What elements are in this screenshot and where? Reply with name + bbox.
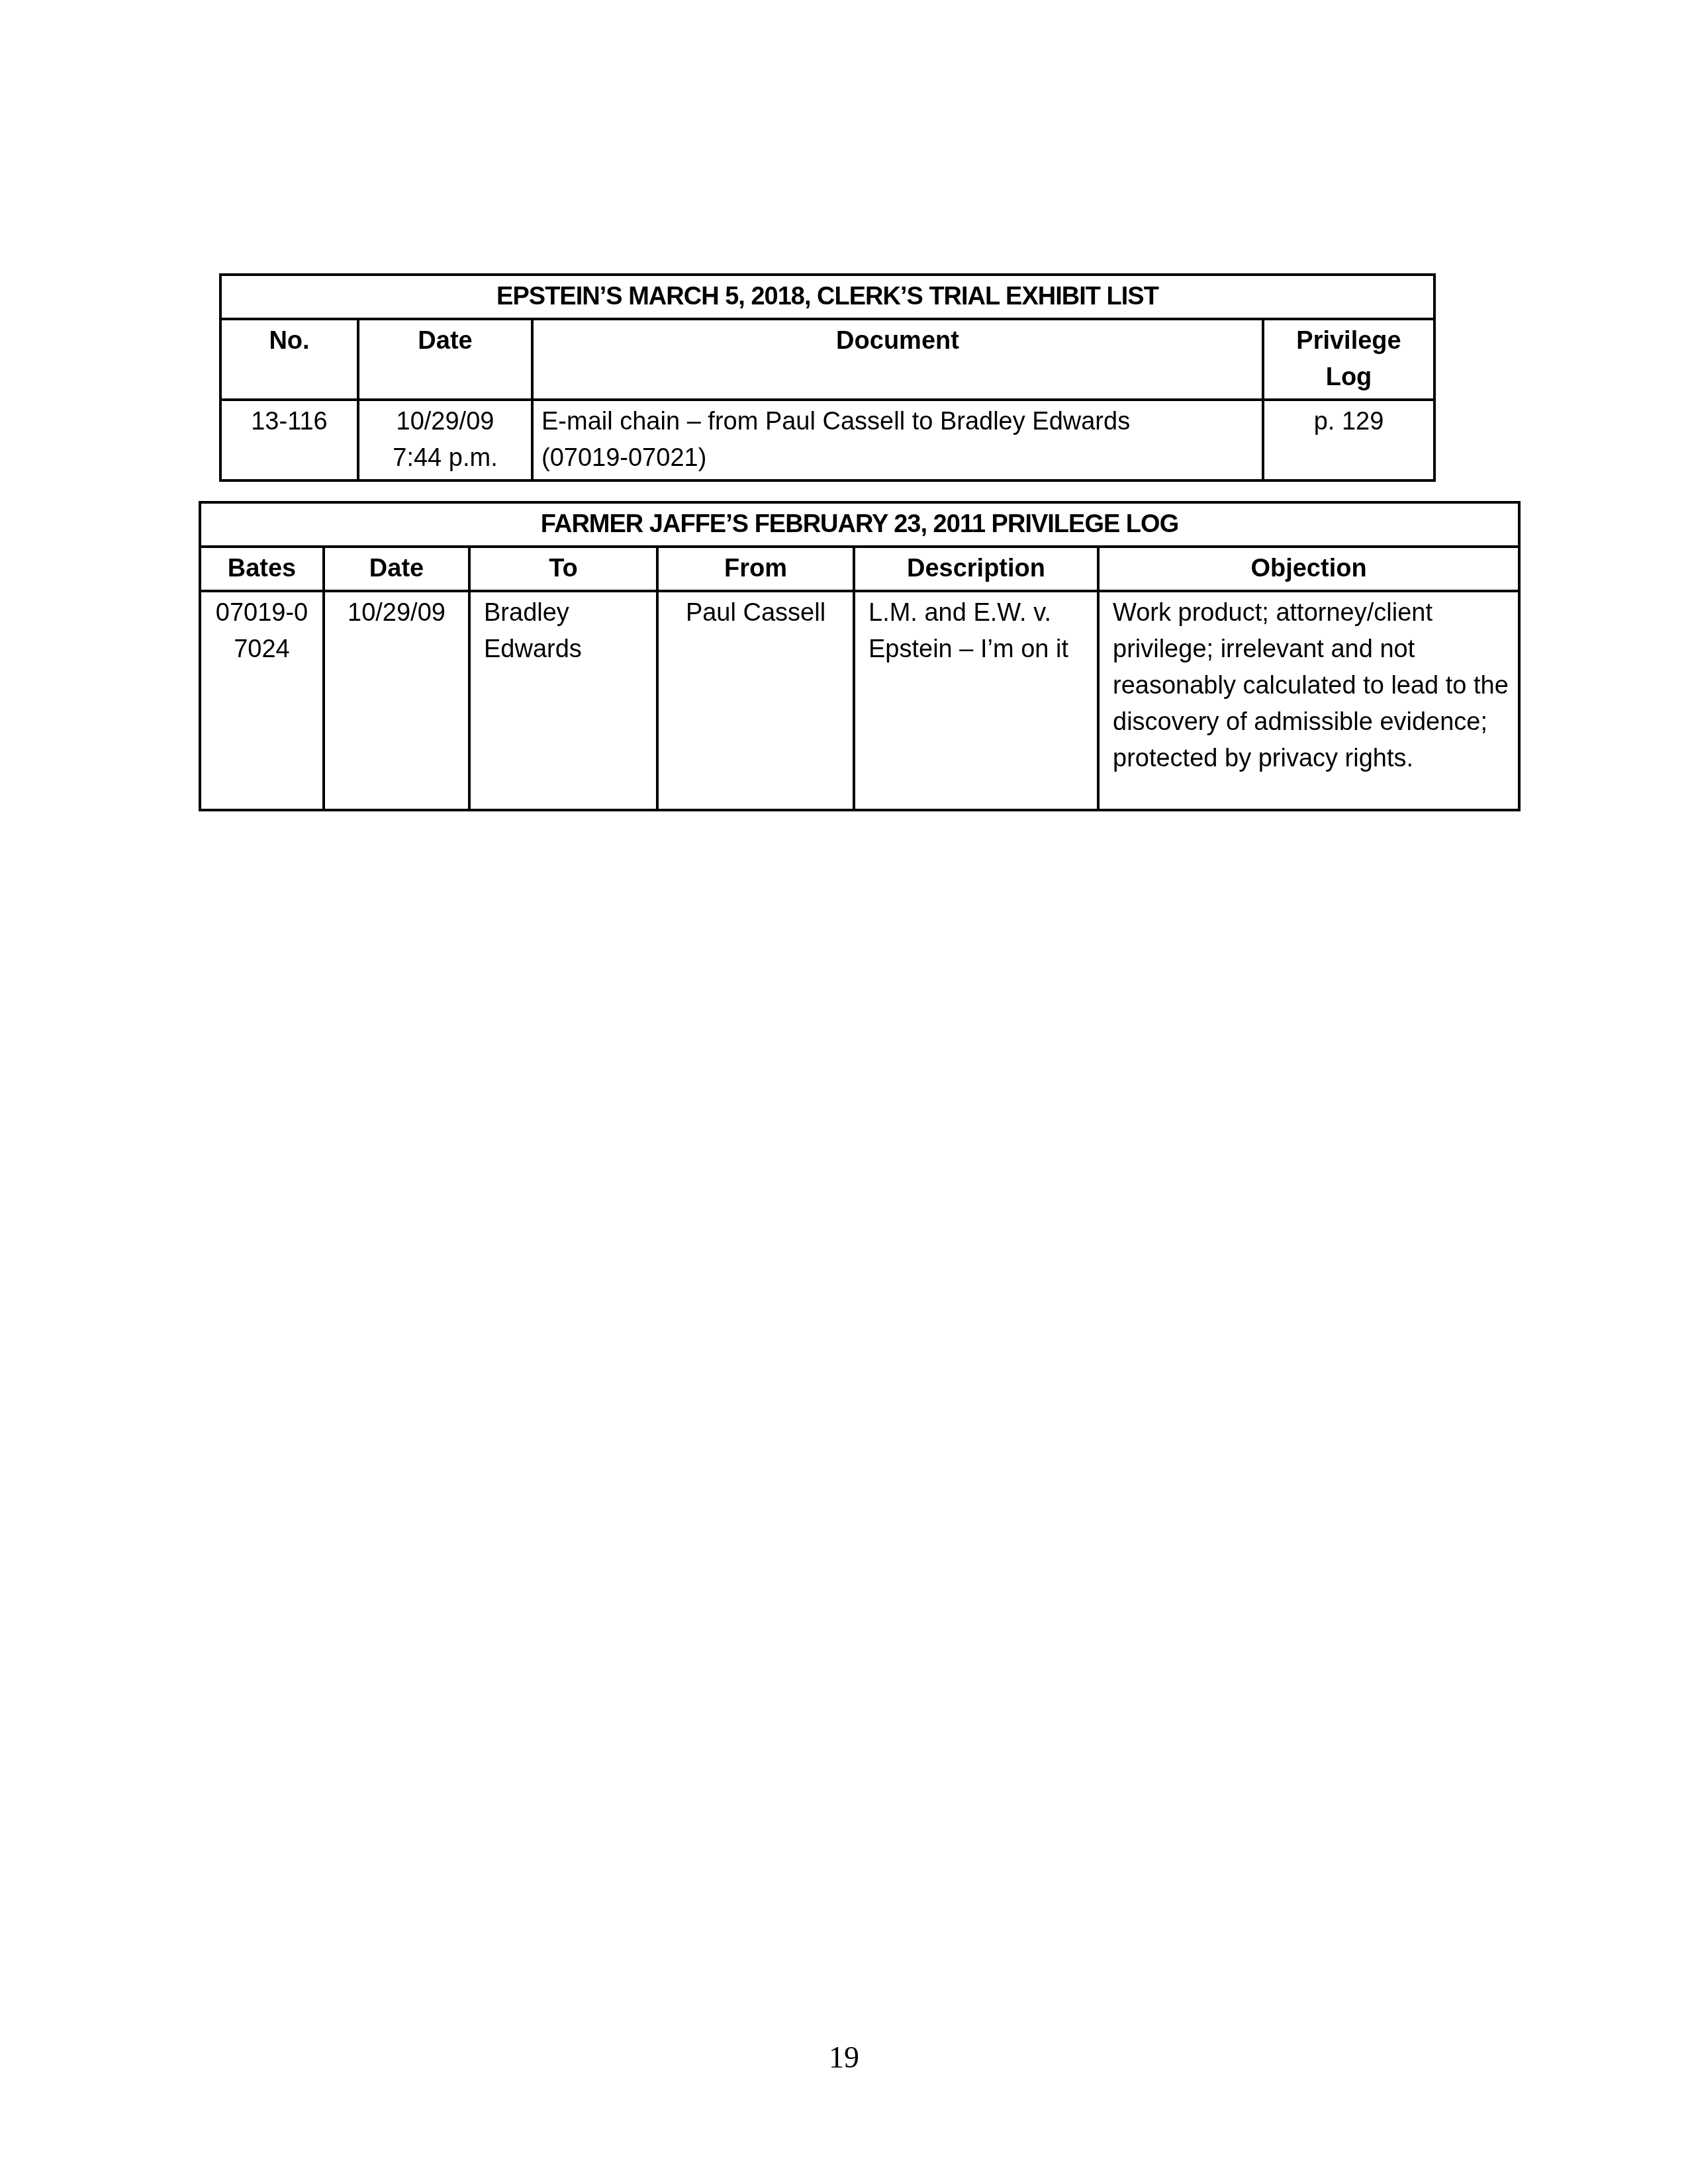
cell-no: 13-116 xyxy=(220,400,358,480)
document-description: E-mail chain – from Paul Cassell to Brad… xyxy=(541,404,1254,440)
privilege-log-title: FARMER JAFFE’S FEBRUARY 23, 2011 PRIVILE… xyxy=(200,502,1519,547)
col-header-description: Description xyxy=(854,547,1098,591)
cell-objection: Work product; attorney/client privilege;… xyxy=(1098,591,1519,810)
date-value: 10/29/09 xyxy=(367,404,523,440)
page-number: 19 xyxy=(0,2040,1688,2075)
col-header-no: No. xyxy=(220,319,358,400)
col-header-objection: Objection xyxy=(1098,547,1519,591)
cell-bates: 07019-07024 xyxy=(200,591,324,810)
cell-document: E-mail chain – from Paul Cassell to Brad… xyxy=(532,400,1263,480)
cell-description: L.M. and E.W. v. Epstein – I’m on it xyxy=(854,591,1098,810)
col-header-from: From xyxy=(657,547,854,591)
col-header-date: Date xyxy=(358,319,532,400)
col-header-bates: Bates xyxy=(200,547,324,591)
col-header-date: Date xyxy=(324,547,469,591)
table-row: 07019-07024 10/29/09 Bradley Edwards Pau… xyxy=(200,591,1519,810)
table-row: 13-116 10/29/09 7:44 p.m. E-mail chain –… xyxy=(220,400,1434,480)
document-bates-range: (07019-07021) xyxy=(541,440,1254,477)
col-header-document: Document xyxy=(532,319,1263,400)
col-header-to: To xyxy=(469,547,657,591)
cell-to: Bradley Edwards xyxy=(469,591,657,810)
time-value: 7:44 p.m. xyxy=(367,440,523,477)
cell-from: Paul Cassell xyxy=(657,591,854,810)
exhibit-list-table: EPSTEIN’S MARCH 5, 2018, CLERK’S TRIAL E… xyxy=(219,273,1436,482)
exhibit-list-title: EPSTEIN’S MARCH 5, 2018, CLERK’S TRIAL E… xyxy=(220,275,1434,319)
col-header-privilege-log: Privilege Log xyxy=(1263,319,1434,400)
cell-date: 10/29/09 xyxy=(324,591,469,810)
cell-date: 10/29/09 7:44 p.m. xyxy=(358,400,532,480)
privilege-log-table: FARMER JAFFE’S FEBRUARY 23, 2011 PRIVILE… xyxy=(199,501,1521,811)
cell-privilege-log: p. 129 xyxy=(1263,400,1434,480)
